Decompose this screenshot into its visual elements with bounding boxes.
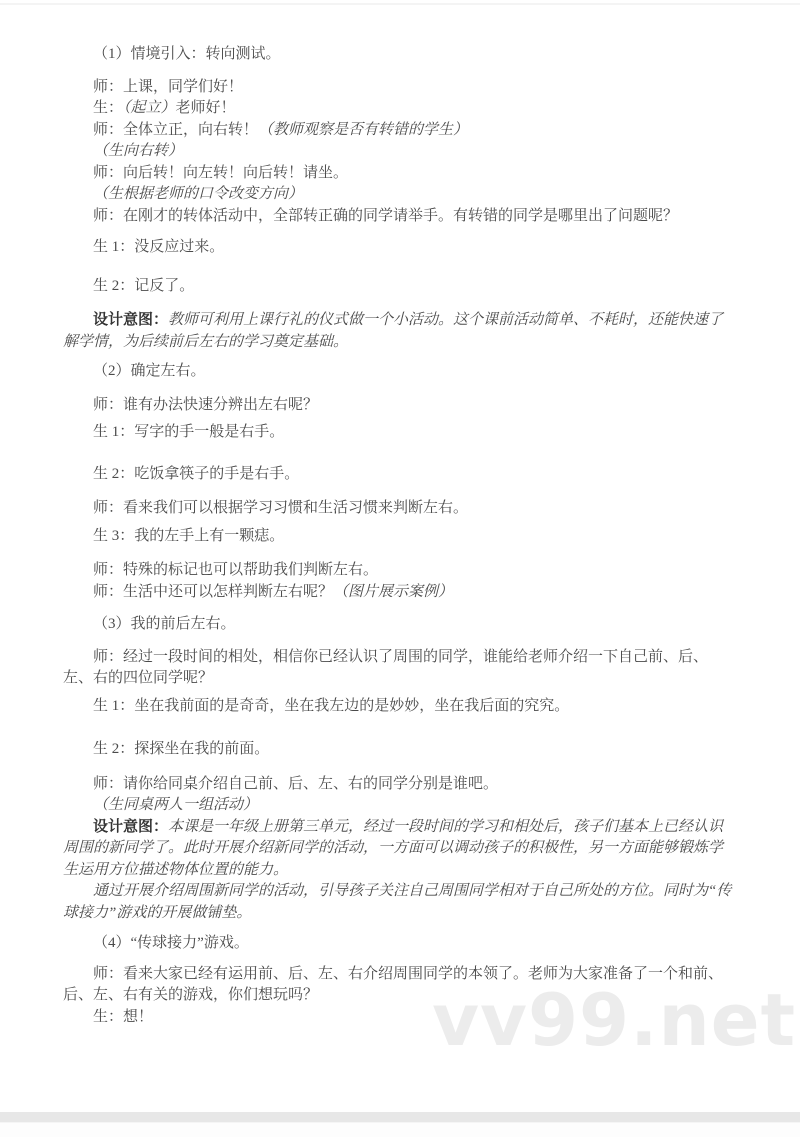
text-run-song: 生 2：记反了。 — [93, 278, 194, 294]
document-content: （1）情境引入：转向测试。师：上课，同学们好！生：（起立）老师好！师：全体立正，… — [63, 44, 737, 1028]
text-run-song: 师：在刚才的转体活动中，全部转正确的同学请举手。有转错的同学是哪里出了问题呢？ — [93, 208, 678, 224]
paragraph: （4）“传球接力”游戏。 — [63, 933, 737, 955]
paragraph: 师：向后转！向左转！向后转！请坐。 — [63, 163, 737, 185]
paragraph: 师：特殊的标记也可以帮助我们判断左右。 — [63, 560, 737, 582]
paragraph: 师：全体立正，向右转！（教师观察是否有转错的学生） — [63, 120, 737, 142]
text-run-kai: （教师观察是否有转错的学生） — [258, 122, 468, 138]
paragraph: 生 3：我的左手上有一颗痣。 — [63, 526, 737, 548]
paragraph: （生向右转） — [63, 141, 737, 163]
paragraph: 师：看来大家已经有运用前、后、左、右介绍周围同学的本领了。老师为大家准备了一个和… — [63, 964, 737, 1007]
text-run-song: （4）“传球接力”游戏。 — [93, 935, 249, 951]
paragraph: 师：上课，同学们好！ — [63, 77, 737, 99]
text-run-bold: 设计意图： — [93, 312, 168, 328]
page-top-edge — [0, 3, 800, 5]
page-separator — [0, 1112, 800, 1123]
text-run-kai: 通过开展介绍周围新同学的活动，引导孩子关注自己周围同学相对于自己所处的方位。同时… — [63, 883, 731, 921]
text-run-kai: （生同桌两人一组活动） — [93, 797, 258, 813]
text-run-song: 生 1：坐在我前面的是奇奇，坐在我左边的是妙妙，坐在我后面的究究。 — [93, 698, 569, 714]
text-run-song: 生 1：写字的手一般是右手。 — [93, 424, 284, 440]
text-run-kai: （起立） — [123, 100, 176, 116]
document-page: vv99.net （1）情境引入：转向测试。师：上课，同学们好！生：（起立）老师… — [0, 0, 800, 1137]
paragraph: 设计意图：教师可利用上课行礼的仪式做一个小活动。这个课前活动简单、不耗时，还能快… — [63, 310, 737, 353]
paragraph: 生：想！ — [63, 1007, 737, 1029]
text-run-song: 师：请你给同桌介绍自己前、后、左、右的同学分别是谁吧。 — [93, 776, 498, 792]
paragraph: （2）确定左右。 — [63, 361, 737, 383]
text-run-song: 师：谁有办法快速分辨出左右呢？ — [93, 397, 318, 413]
paragraph: 设计意图：本课是一年级上册第三单元，经过一段时间的学习和相处后，孩子们基本上已经… — [63, 817, 737, 882]
text-run-song: 师：向后转！向左转！向后转！请坐。 — [93, 165, 348, 181]
text-run-song: （3）我的前后左右。 — [93, 616, 236, 632]
text-run-song: （1）情境引入：转向测试。 — [93, 46, 281, 62]
text-run-song: 师：上课，同学们好！ — [93, 79, 243, 95]
paragraph: 生 2：探探坐在我的前面。 — [63, 739, 737, 761]
text-run-song: 生 3：我的左手上有一颗痣。 — [93, 528, 284, 544]
text-run-kai: （图片展示案例） — [333, 584, 453, 600]
paragraph: （生根据老师的口令改变方向） — [63, 184, 737, 206]
paragraph: 师：经过一段时间的相处，相信你已经认识了周围的同学，谁能给老师介绍一下自己前、后… — [63, 647, 737, 690]
text-run-song: 生： — [93, 100, 123, 116]
text-run-song: 师：看来我们可以根据学习习惯和生活习惯来判断左右。 — [93, 500, 468, 516]
paragraph: 师：请你给同桌介绍自己前、后、左、右的同学分别是谁吧。 — [63, 774, 737, 796]
text-run-kai: （生根据老师的口令改变方向） — [93, 186, 303, 202]
paragraph: 生 1：没反应过来。 — [63, 237, 737, 259]
paragraph: 通过开展介绍周围新同学的活动，引导孩子关注自己周围同学相对于自己所处的方位。同时… — [63, 881, 737, 924]
paragraph: 师：谁有办法快速分辨出左右呢？ — [63, 395, 737, 417]
paragraph: 生 2：记反了。 — [63, 276, 737, 298]
text-run-song: 师：特殊的标记也可以帮助我们判断左右。 — [93, 562, 378, 578]
paragraph: 生 2：吃饭拿筷子的手是右手。 — [63, 464, 737, 486]
paragraph: （1）情境引入：转向测试。 — [63, 44, 737, 66]
text-run-song: 师：经过一段时间的相处，相信你已经认识了周围的同学，谁能给老师介绍一下自己前、后… — [63, 649, 708, 687]
paragraph: 师：在刚才的转体活动中，全部转正确的同学请举手。有转错的同学是哪里出了问题呢？ — [63, 206, 737, 228]
text-run-song: 生 2：探探坐在我的前面。 — [93, 741, 269, 757]
text-run-song: 老师好！ — [176, 100, 236, 116]
text-run-song: 师：全体立正，向右转！ — [93, 122, 258, 138]
paragraph: 生 1：坐在我前面的是奇奇，坐在我左边的是妙妙，坐在我后面的究究。 — [63, 696, 737, 718]
text-run-song: 生 2：吃饭拿筷子的手是右手。 — [93, 466, 299, 482]
text-run-song: 生 1：没反应过来。 — [93, 239, 224, 255]
next-page-top — [0, 1123, 800, 1137]
text-run-kai: （生向右转） — [93, 143, 183, 159]
paragraph: （生同桌两人一组活动） — [63, 795, 737, 817]
text-run-bold: 设计意图： — [93, 819, 168, 835]
text-run-song: （2）确定左右。 — [93, 363, 206, 379]
text-run-song: 师：看来大家已经有运用前、后、左、右介绍周围同学的本领了。老师为大家准备了一个和… — [63, 966, 723, 1004]
paragraph: 生：（起立）老师好！ — [63, 98, 737, 120]
paragraph: （3）我的前后左右。 — [63, 614, 737, 636]
paragraph: 师：生活中还可以怎样判断左右呢？（图片展示案例） — [63, 582, 737, 604]
text-run-song: 师：生活中还可以怎样判断左右呢？ — [93, 584, 333, 600]
paragraph: 师：看来我们可以根据学习习惯和生活习惯来判断左右。 — [63, 498, 737, 520]
paragraph: 生 1：写字的手一般是右手。 — [63, 422, 737, 444]
text-run-song: 生：想！ — [93, 1009, 153, 1025]
